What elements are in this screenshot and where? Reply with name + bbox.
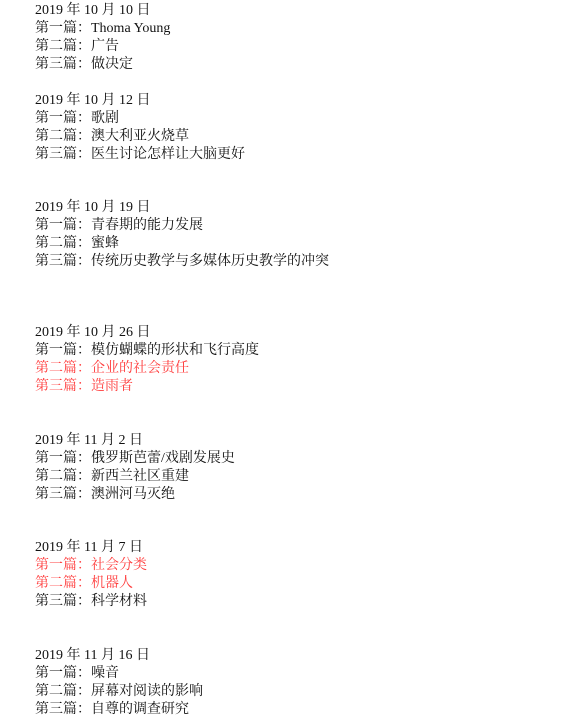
session-date: 2019 年 10 月 26 日 (35, 324, 151, 342)
article-title: 蜜蜂 (91, 236, 119, 251)
article-item: 第三篇：做决定 (35, 56, 133, 74)
article-item: 第二篇：屏幕对阅读的影响 (35, 683, 203, 701)
article-item: 第二篇：蜜蜂 (35, 235, 119, 253)
article-label: 第三篇： (35, 379, 91, 394)
article-label: 第二篇： (35, 576, 91, 591)
article-title: 社会分类 (91, 558, 147, 573)
article-title: 新西兰社区重建 (91, 469, 189, 484)
article-item: 第三篇：医生讨论怎样让大脑更好 (35, 146, 245, 164)
article-title: 青春期的能力发展 (91, 218, 203, 233)
session-date: 2019 年 10 月 10 日 (35, 2, 151, 20)
article-item: 第三篇：造雨者 (35, 378, 133, 396)
article-label: 第二篇： (35, 39, 91, 54)
article-label: 第三篇： (35, 254, 91, 269)
article-label: 第二篇： (35, 129, 91, 144)
article-label: 第一篇： (35, 343, 91, 358)
article-item: 第一篇：青春期的能力发展 (35, 217, 203, 235)
article-item: 第一篇：俄罗斯芭蕾/戏剧发展史 (35, 450, 235, 468)
article-title: 俄罗斯芭蕾/戏剧发展史 (91, 451, 235, 466)
article-item: 第三篇：科学材料 (35, 593, 147, 611)
article-title: 企业的社会责任 (91, 361, 189, 376)
session-date: 2019 年 11 月 2 日 (35, 432, 143, 450)
article-label: 第三篇： (35, 702, 91, 717)
article-title: 噪音 (91, 666, 119, 681)
article-label: 第一篇： (35, 111, 91, 126)
article-label: 第三篇： (35, 147, 91, 162)
article-label: 第一篇： (35, 666, 91, 681)
article-label: 第一篇： (35, 451, 91, 466)
article-item: 第一篇：歌剧 (35, 110, 119, 128)
article-item: 第三篇：澳洲河马灭绝 (35, 486, 175, 504)
article-item: 第二篇：机器人 (35, 575, 133, 593)
article-item: 第二篇：企业的社会责任 (35, 360, 189, 378)
article-title: Thoma Young (91, 21, 170, 36)
article-item: 第二篇：新西兰社区重建 (35, 468, 189, 486)
article-item: 第二篇：广告 (35, 38, 119, 56)
article-label: 第二篇： (35, 469, 91, 484)
article-label: 第一篇： (35, 21, 91, 36)
article-title: 澳洲河马灭绝 (91, 487, 175, 502)
article-item: 第一篇：噪音 (35, 665, 119, 683)
article-label: 第三篇： (35, 57, 91, 72)
session-date: 2019 年 11 月 7 日 (35, 539, 143, 557)
article-title: 屏幕对阅读的影响 (91, 684, 203, 699)
article-title: 科学材料 (91, 594, 147, 609)
article-title: 造雨者 (91, 379, 133, 394)
article-item: 第二篇：澳大利亚火烧草 (35, 128, 189, 146)
article-title: 做决定 (91, 57, 133, 72)
article-title: 机器人 (91, 576, 133, 591)
article-item: 第一篇：Thoma Young (35, 20, 170, 38)
article-title: 广告 (91, 39, 119, 54)
article-title: 模仿蝴蝶的形状和飞行高度 (91, 343, 259, 358)
article-title: 歌剧 (91, 111, 119, 126)
article-title: 医生讨论怎样让大脑更好 (91, 147, 245, 162)
article-title: 自尊的调查研究 (91, 702, 189, 717)
article-label: 第二篇： (35, 684, 91, 699)
article-label: 第三篇： (35, 487, 91, 502)
article-label: 第二篇： (35, 361, 91, 376)
session-date: 2019 年 10 月 19 日 (35, 199, 151, 217)
session-date: 2019 年 11 月 16 日 (35, 647, 150, 665)
article-label: 第一篇： (35, 558, 91, 573)
article-title: 澳大利亚火烧草 (91, 129, 189, 144)
article-title: 传统历史教学与多媒体历史教学的冲突 (91, 254, 329, 269)
article-item: 第三篇：自尊的调查研究 (35, 701, 189, 719)
article-item: 第一篇：模仿蝴蝶的形状和飞行高度 (35, 342, 259, 360)
article-label: 第一篇： (35, 218, 91, 233)
article-item: 第一篇：社会分类 (35, 557, 147, 575)
article-item: 第三篇：传统历史教学与多媒体历史教学的冲突 (35, 253, 329, 271)
article-label: 第三篇： (35, 594, 91, 609)
session-date: 2019 年 10 月 12 日 (35, 92, 151, 110)
article-label: 第二篇： (35, 236, 91, 251)
